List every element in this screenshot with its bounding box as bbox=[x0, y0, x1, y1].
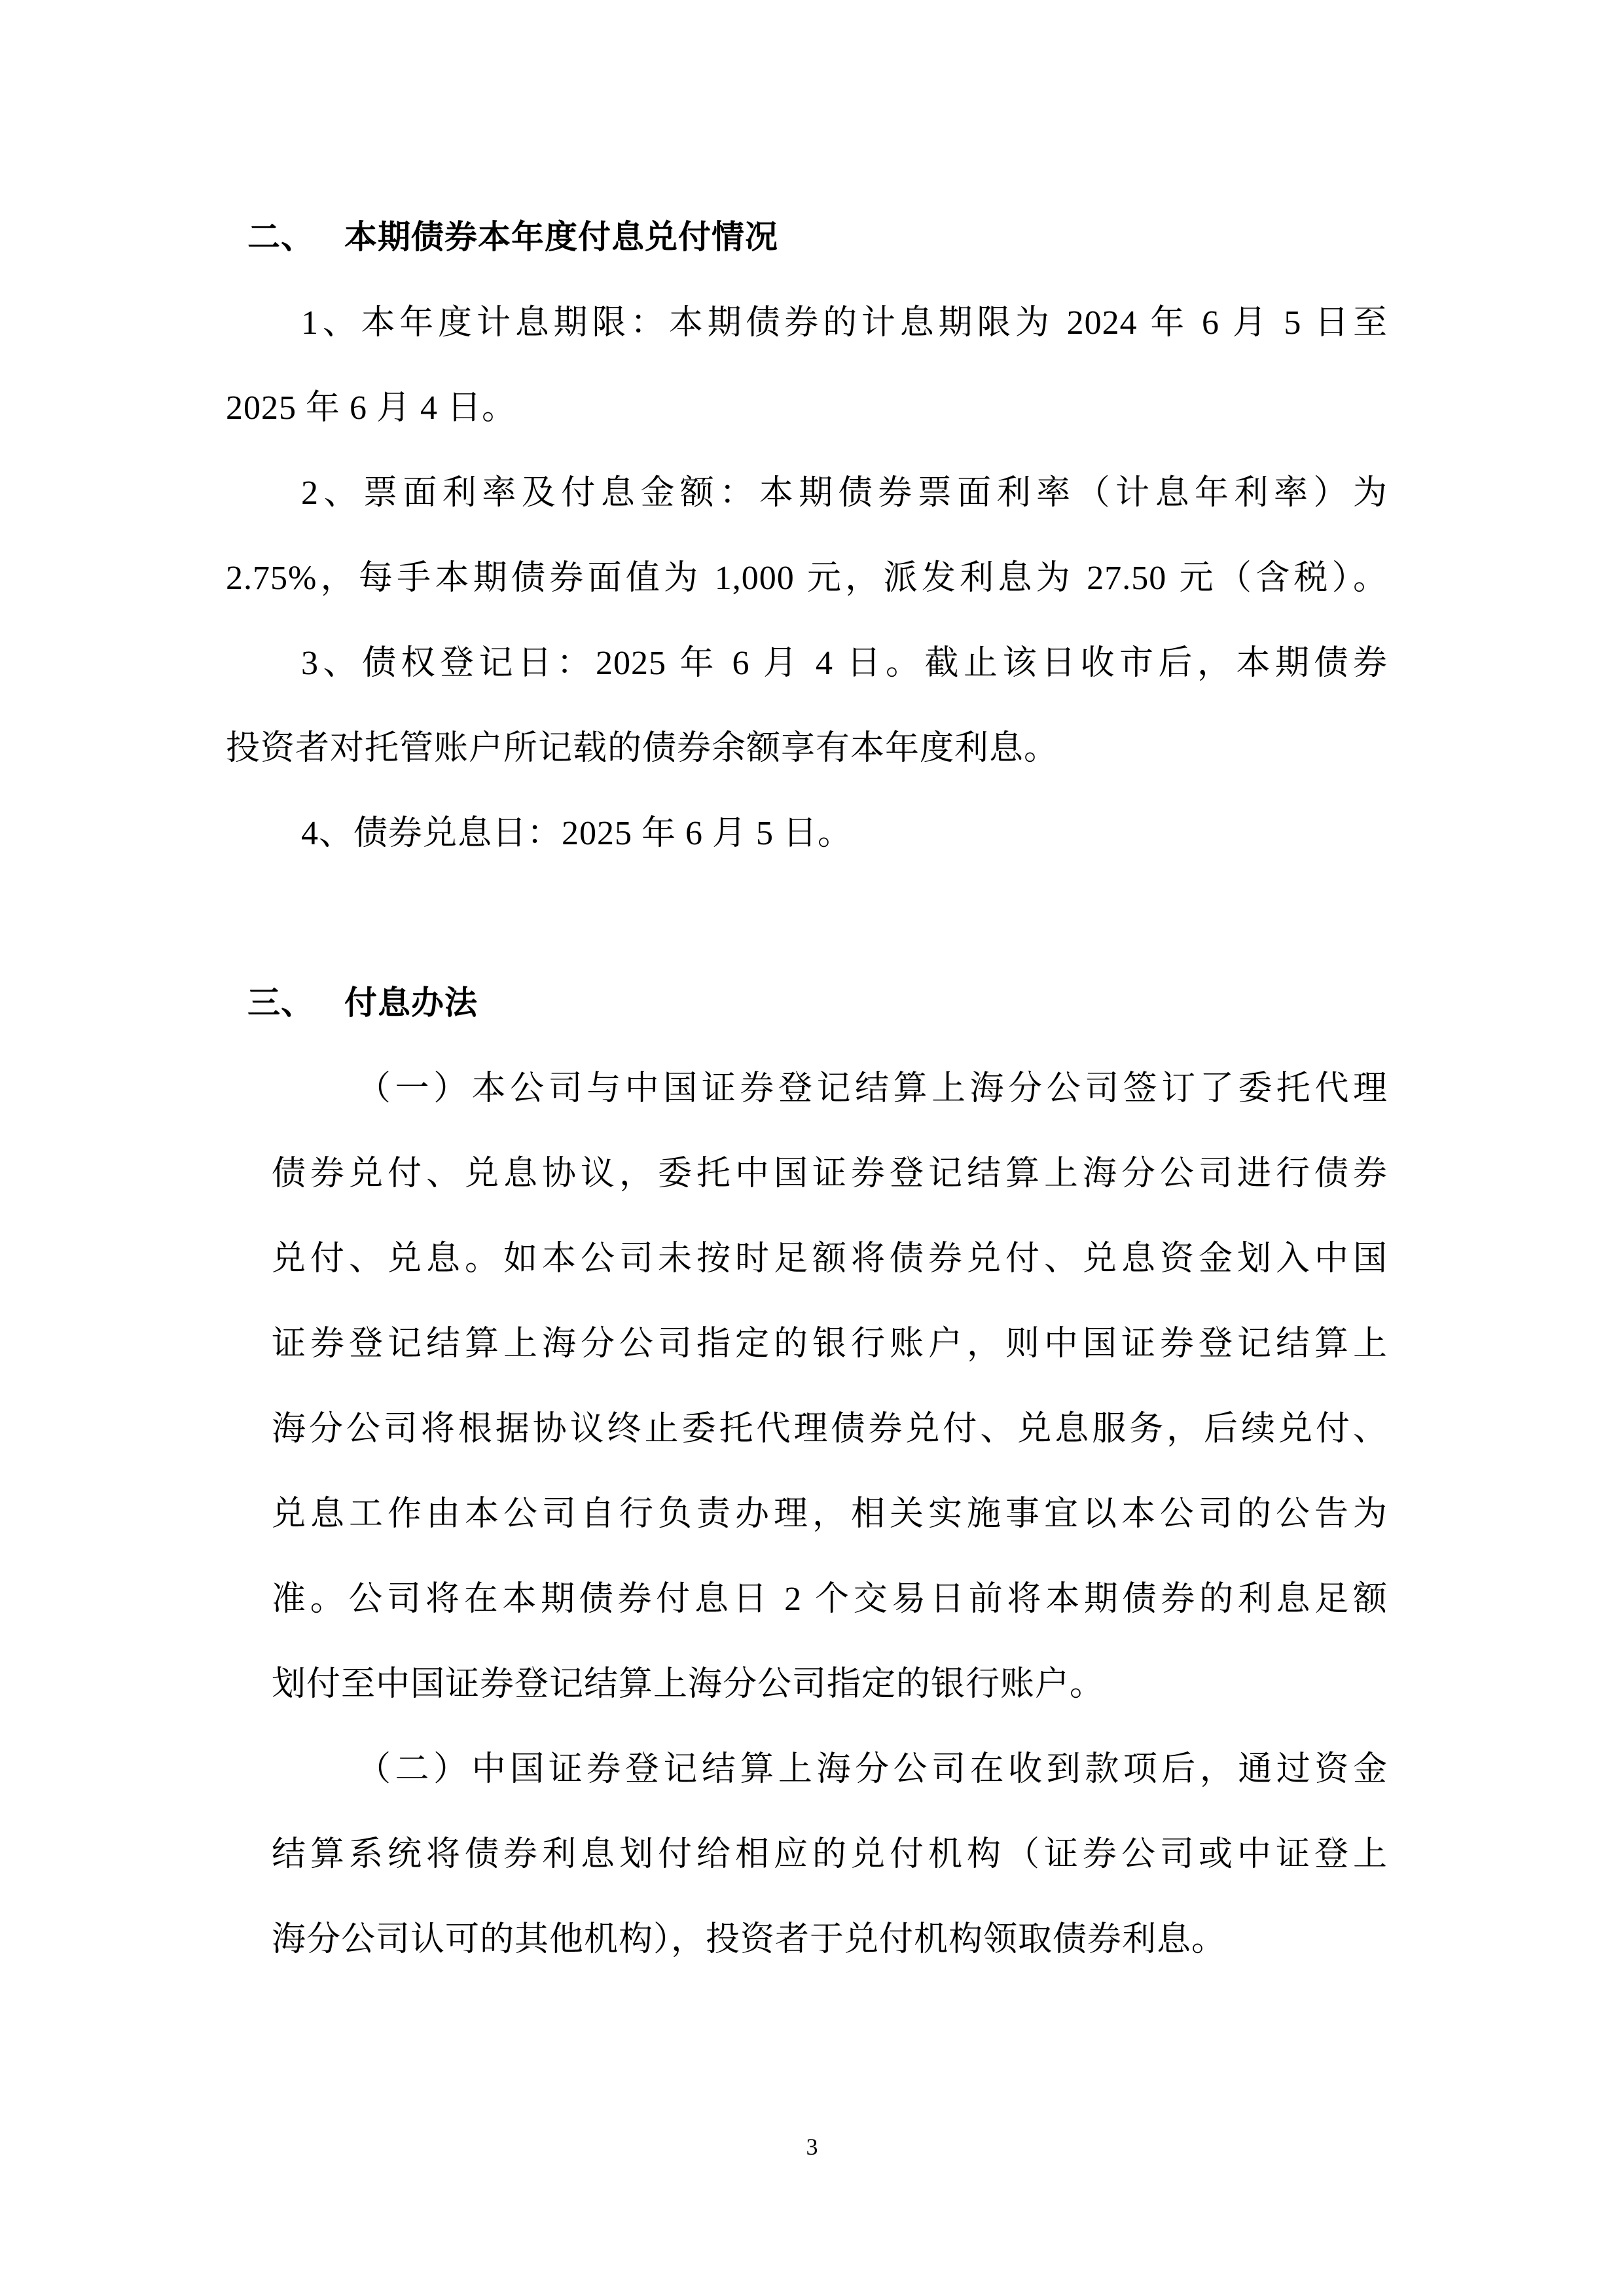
section-2-number: 二、 bbox=[247, 216, 344, 258]
para-1-line-6: 兑息工作由本公司自行负责办理，相关实施事宜以本公司的公告为 bbox=[272, 1494, 1388, 1535]
para-1-line-7: 准。公司将在本期债券付息日 2 个交易日前将本期债券的利息足额 bbox=[272, 1579, 1388, 1621]
para-1-line-4: 证券登记结算上海分公司指定的银行账户，则中国证券登记结算上 bbox=[272, 1323, 1388, 1365]
page-number: 3 bbox=[0, 2132, 1624, 2161]
para-1-line-1: （一）本公司与中国证券登记结算上海分公司签订了委托代理 bbox=[357, 1068, 1388, 1110]
para-2-line-2: 结算系统将债券利息划付给相应的兑付机构（证券公司或中证登上 bbox=[272, 1834, 1388, 1876]
document-page: 二、本期债券本年度付息兑付情况 1、本年度计息期限：本期债券的计息期限为 202… bbox=[0, 0, 1624, 2296]
para-2-line-3: 海分公司认可的其他机构），投资者于兑付机构领取债券利息。 bbox=[272, 1919, 1388, 1961]
para-1-line-5: 海分公司将根据协议终止委托代理债券兑付、兑息服务，后续兑付、 bbox=[272, 1408, 1388, 1450]
section-2-heading: 二、本期债券本年度付息兑付情况 bbox=[247, 216, 1409, 258]
item-2-line-2: 2.75%，每手本期债券面值为 1,000 元，派发利息为 27.50 元（含税… bbox=[226, 558, 1388, 600]
item-1-line-2: 2025 年 6 月 4 日。 bbox=[226, 387, 1388, 429]
para-1-line-3: 兑付、兑息。如本公司未按时足额将债券兑付、兑息资金划入中国 bbox=[272, 1238, 1388, 1280]
item-2-line-1: 2、票面利率及付息金额：本期债券票面利率（计息年利率）为 bbox=[301, 473, 1388, 514]
section-3-heading: 三、付息办法 bbox=[247, 982, 1409, 1024]
item-1-line-1: 1、本年度计息期限：本期债券的计息期限为 2024 年 6 月 5 日至 bbox=[301, 302, 1388, 344]
section-3-title: 付息办法 bbox=[344, 984, 478, 1022]
item-4-line-1: 4、债券兑息日：2025 年 6 月 5 日。 bbox=[301, 813, 1388, 855]
para-1-line-2: 债券兑付、兑息协议，委托中国证券登记结算上海分公司进行债券 bbox=[272, 1153, 1388, 1195]
item-3-line-1: 3、债权登记日：2025 年 6 月 4 日。截止该日收市后，本期债券 bbox=[301, 643, 1388, 685]
section-3-number: 三、 bbox=[247, 982, 344, 1024]
section-2-title: 本期债券本年度付息兑付情况 bbox=[344, 218, 778, 256]
para-1-line-8: 划付至中国证券登记结算上海分公司指定的银行账户。 bbox=[272, 1664, 1388, 1706]
item-3-line-2: 投资者对托管账户所记载的债券余额享有本年度利息。 bbox=[226, 728, 1388, 770]
para-2-line-1: （二）中国证券登记结算上海分公司在收到款项后，通过资金 bbox=[357, 1749, 1388, 1791]
